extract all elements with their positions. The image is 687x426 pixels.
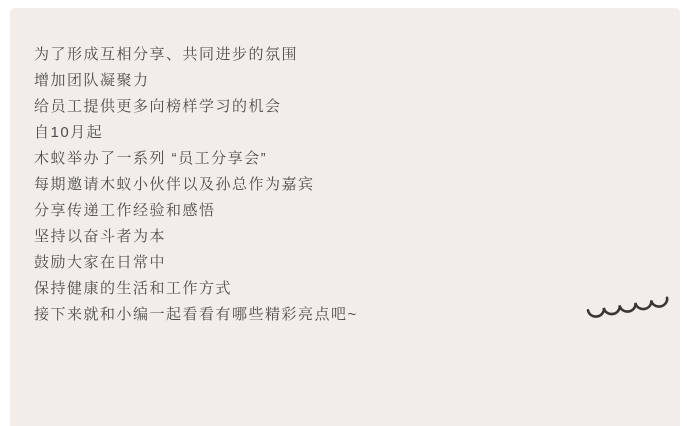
text-line: 分享传递工作经验和感悟 (34, 198, 358, 224)
wavy-line-icon (585, 289, 672, 326)
text-line: 保持健康的生活和工作方式 (34, 276, 358, 302)
text-line: 坚持以奋斗者为本 (34, 224, 358, 250)
text-block: 为了形成互相分享、共同进步的氛围 增加团队凝聚力 给员工提供更多向榜样学习的机会… (34, 42, 358, 328)
text-line: 自10月起 (34, 120, 358, 146)
text-line: 接下来就和小编一起看看有哪些精彩亮点吧~ (34, 302, 358, 328)
text-line: 给员工提供更多向榜样学习的机会 (34, 94, 358, 120)
text-line: 每期邀请木蚁小伙伴以及孙总作为嘉宾 (34, 172, 358, 198)
content-panel: 为了形成互相分享、共同进步的氛围 增加团队凝聚力 给员工提供更多向榜样学习的机会… (10, 8, 680, 426)
text-line: 增加团队凝聚力 (34, 68, 358, 94)
text-line: 为了形成互相分享、共同进步的氛围 (34, 42, 358, 68)
wavy-line-path (588, 298, 668, 318)
text-line: 鼓励大家在日常中 (34, 250, 358, 276)
text-line: 木蚁举办了一系列 “员工分享会” (34, 146, 358, 172)
